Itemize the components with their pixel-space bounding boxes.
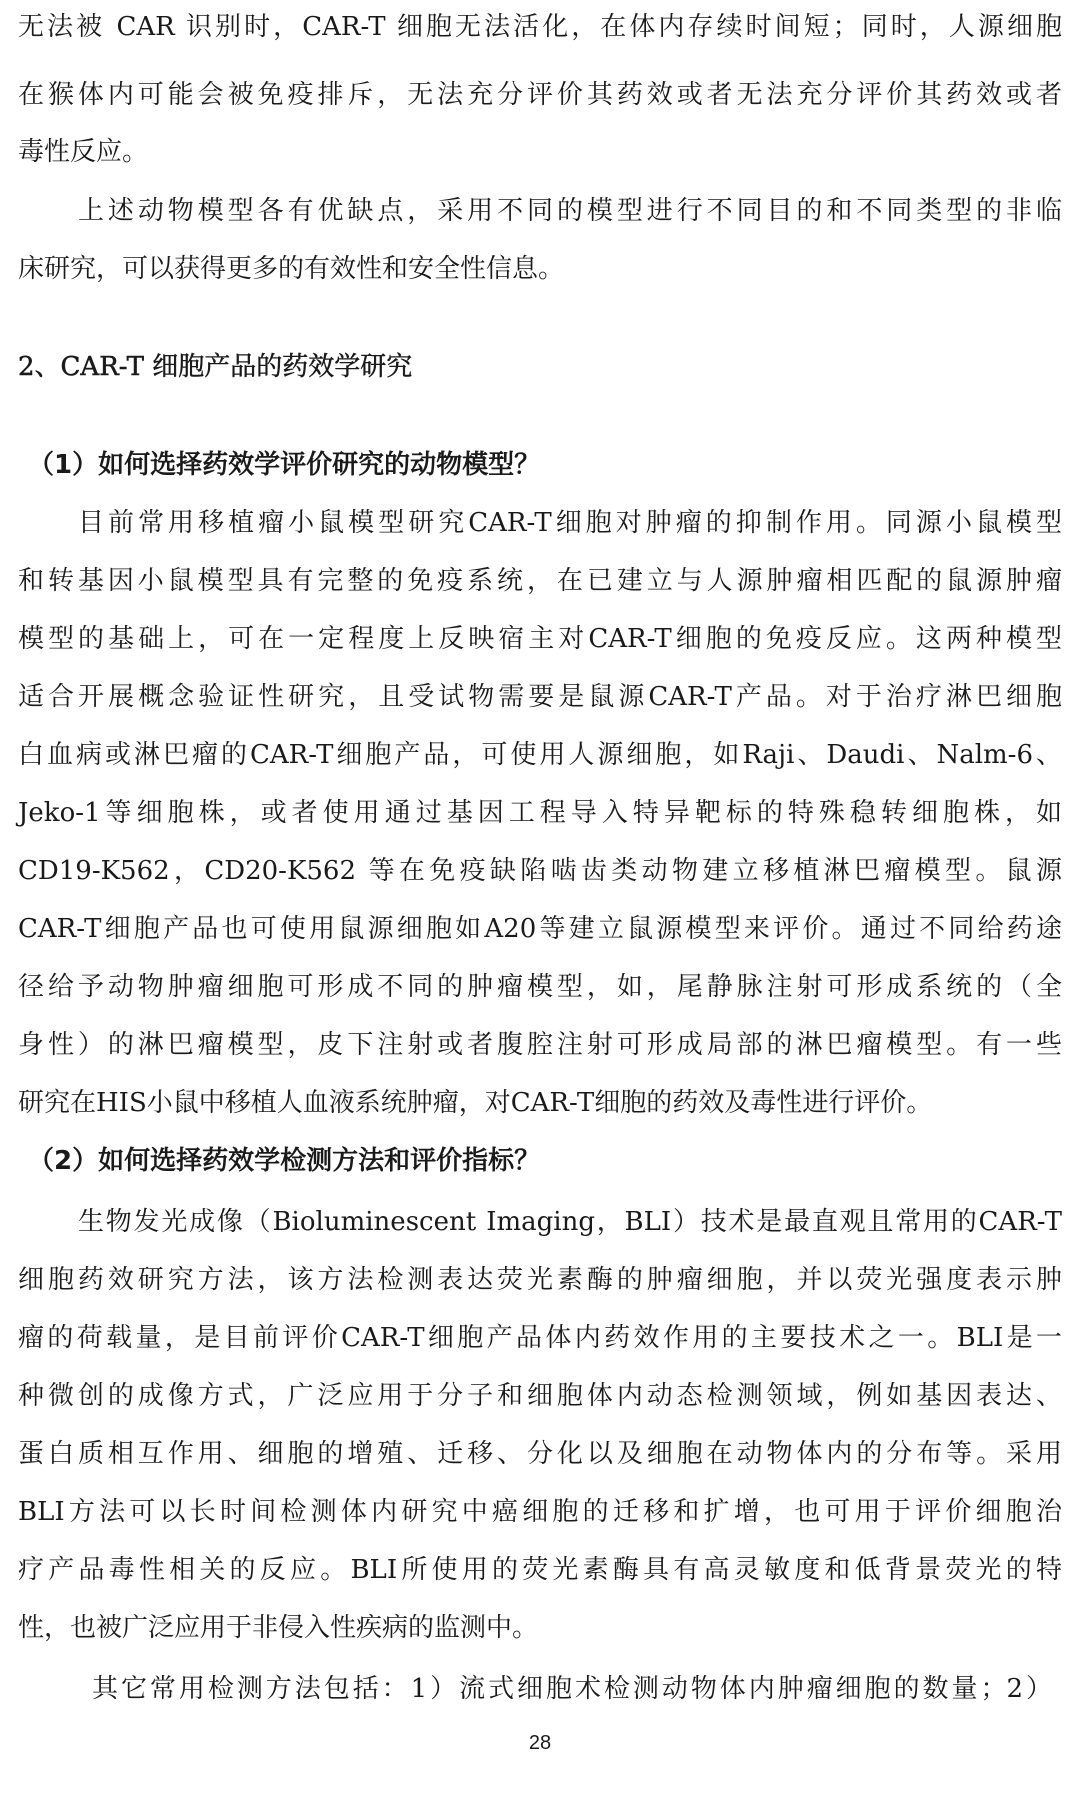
paragraph-line: 身性）的淋巴瘤模型，皮下注射或者腹腔注射可形成局部的淋巴瘤模型。有一些: [18, 1028, 1062, 1062]
document-page: 无法被 CAR 识别时，CAR-T 细胞无法活化，在体内存续时间短；同时，人源细…: [0, 0, 1080, 1798]
paragraph-line: 和转基因小鼠模型具有完整的免疫系统，在已建立与人源肿瘤相匹配的鼠源肿瘤: [18, 564, 1062, 598]
paragraph-line: 白血病或淋巴瘤的CAR-T细胞产品，可使用人源细胞，如Raji、Daudi、Na…: [18, 738, 1062, 772]
paragraph-line: 在猴体内可能会被免疫排斥，无法充分评价其药效或者无法充分评价其药效或者: [18, 78, 1062, 112]
paragraph-line: 目前常用移植瘤小鼠模型研究CAR-T细胞对肿瘤的抑制作用。同源小鼠模型: [78, 506, 1062, 540]
paragraph-line: 瘤的荷载量，是目前评价CAR-T细胞产品体内药效作用的主要技术之一。BLI是一: [18, 1321, 1062, 1355]
paragraph-line: Jeko-1等细胞株，或者使用通过基因工程导入特异靶标的特殊稳转细胞株，如: [18, 796, 1062, 830]
paragraph-line: 径给予动物肿瘤细胞可形成不同的肿瘤模型，如，尾静脉注射可形成系统的（全: [18, 970, 1062, 1004]
section-heading: 2、CAR-T 细胞产品的药效学研究: [18, 350, 412, 384]
page-number: 28: [0, 1731, 1080, 1755]
paragraph-line: 生物发光成像（Bioluminescent Imaging，BLI）技术是最直观…: [78, 1205, 1062, 1239]
paragraph-line: BLI方法可以长时间检测体内研究中癌细胞的迁移和扩增，也可用于评价细胞治: [18, 1495, 1062, 1529]
paragraph-line: 研究在HIS小鼠中移植人血液系统肿瘤，对CAR-T细胞的药效及毒性进行评价。: [18, 1086, 1062, 1120]
paragraph-line: 适合开展概念验证性研究，且受试物需要是鼠源CAR-T产品。对于治疗淋巴细胞: [18, 680, 1062, 714]
paragraph-line: 上述动物模型各有优缺点，采用不同的模型进行不同目的和不同类型的非临: [78, 194, 1062, 228]
paragraph-line: CAR-T细胞产品也可使用鼠源细胞如A20等建立鼠源模型来评价。通过不同给药途: [18, 912, 1062, 946]
paragraph-line: 疗产品毒性相关的反应。BLI所使用的荧光素酶具有高灵敏度和低背景荧光的特: [18, 1553, 1062, 1587]
paragraph-line: 床研究，可以获得更多的有效性和安全性信息。: [18, 252, 1062, 286]
paragraph-line: 模型的基础上，可在一定程度上反映宿主对CAR-T细胞的免疫反应。这两种模型: [18, 622, 1062, 656]
paragraph-line: 无法被 CAR 识别时，CAR-T 细胞无法活化，在体内存续时间短；同时，人源细…: [18, 10, 1062, 44]
subsection-heading: （2）如何选择药效学检测方法和评价指标？: [28, 1144, 540, 1178]
paragraph-line: 细胞药效研究方法，该方法检测表达荧光素酶的肿瘤细胞，并以荧光强度表示肿: [18, 1263, 1062, 1297]
paragraph-line: 种微创的成像方式，广泛应用于分子和细胞体内动态检测领域，例如基因表达、: [18, 1379, 1062, 1413]
subsection-heading: （1）如何选择药效学评价研究的动物模型？: [28, 448, 540, 482]
paragraph-line: 性，也被广泛应用于非侵入性疾病的监测中。: [18, 1611, 1062, 1645]
paragraph-line: CD19-K562，CD20-K562 等在免疫缺陷啮齿类动物建立移植淋巴瘤模型…: [18, 854, 1062, 888]
paragraph-line: 蛋白质相互作用、细胞的增殖、迁移、分化以及细胞在动物体内的分布等。采用: [18, 1437, 1062, 1471]
paragraph-line: 其它常用检测方法包括：1）流式细胞术检测动物体内肿瘤细胞的数量；2）: [92, 1672, 1052, 1706]
paragraph-line: 毒性反应。: [18, 135, 1062, 169]
